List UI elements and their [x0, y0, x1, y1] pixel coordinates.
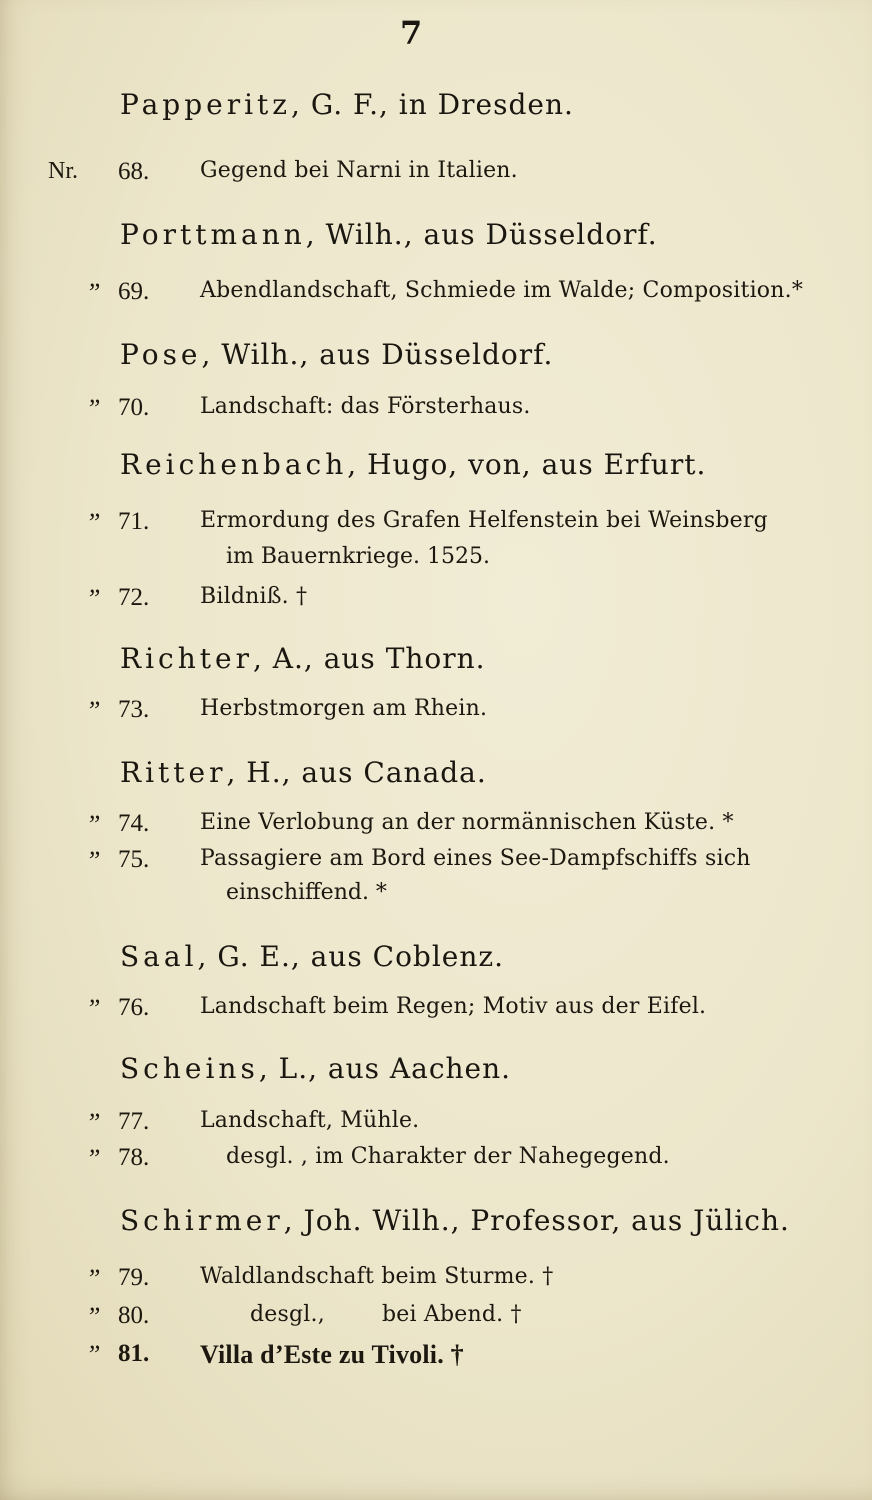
artist-name: Porttmann: [120, 218, 306, 251]
artist-details: , Hugo, von, aus Erfurt.: [347, 448, 706, 481]
entry-title: Villa d’Este zu Tivoli. †: [200, 1340, 464, 1370]
entry-title: Gegend bei Narni in Italien.: [200, 158, 518, 183]
entry-number: 68.: [118, 158, 178, 186]
catalog-entry: ” 77. Landschaft, Mühle.: [0, 1108, 872, 1142]
artist-heading: Porttmann, Wilh., aus Düsseldorf.: [120, 218, 658, 251]
artist-heading: Saal, G. E., aus Coblenz.: [120, 940, 504, 973]
entry-title-continuation: im Bauernkriege. 1525.: [226, 544, 490, 569]
artist-name: Richter: [120, 642, 253, 675]
artist-name: Scheins: [120, 1052, 259, 1085]
catalog-entry: ” 74. Eine Verlobung an der normännische…: [0, 810, 872, 844]
entry-number: 71.: [118, 508, 178, 536]
entry-title: Landschaft, Mühle.: [200, 1108, 419, 1133]
entry-number: 70.: [118, 394, 178, 422]
catalog-entry: ” 80. desgl., bei Abend. †: [0, 1302, 872, 1336]
artist-name: Schirmer: [120, 1204, 284, 1237]
artist-details: , Wilh., aus Düsseldorf.: [202, 338, 554, 371]
entry-number: 81.: [118, 1340, 178, 1368]
catalog-entry: ” 73. Herbstmorgen am Rhein.: [0, 696, 872, 730]
artist-details: , G. E., aus Coblenz.: [198, 940, 505, 973]
artist-heading: Reichenbach, Hugo, von, aus Erfurt.: [120, 448, 706, 481]
entry-title: Abendlandschaft, Schmiede im Walde; Comp…: [200, 278, 803, 303]
entry-number: 79.: [118, 1264, 178, 1292]
artist-details: , Wilh., aus Düsseldorf.: [306, 218, 658, 251]
page-number: 7: [400, 14, 422, 52]
entry-title: Passagiere am Bord eines See-Dampfschiff…: [200, 846, 751, 871]
entry-title: desgl.,: [250, 1302, 325, 1327]
artist-heading: Ritter, H., aus Canada.: [120, 756, 487, 789]
catalog-entry: ” 78. desgl. , im Charakter der Nahegege…: [0, 1144, 872, 1178]
catalog-entry: ” 79. Waldlandschaft beim Sturme. †: [0, 1264, 872, 1298]
entry-title: Bildniß. †: [200, 584, 307, 609]
entry-number: 77.: [118, 1108, 178, 1136]
artist-name: Pose: [120, 338, 202, 371]
artist-details: , A., aus Thorn.: [253, 642, 486, 675]
artist-heading: Richter, A., aus Thorn.: [120, 642, 486, 675]
artist-details: , G. F., in Dresden.: [291, 88, 574, 121]
entry-number: 69.: [118, 278, 178, 306]
entry-title: Herbstmorgen am Rhein.: [200, 696, 487, 721]
artist-details: , L., aus Aachen.: [259, 1052, 511, 1085]
entry-title: Landschaft: das Försterhaus.: [200, 394, 531, 419]
catalog-entry: ” 69. Abendlandschaft, Schmiede im Walde…: [0, 278, 872, 312]
entry-number: 74.: [118, 810, 178, 838]
catalog-entry: ” 76. Landschaft beim Regen; Motiv aus d…: [0, 994, 872, 1028]
artist-name: Papperitz: [120, 88, 291, 121]
entry-title-continuation: einschiffend. *: [226, 880, 387, 905]
entry-title: Eine Verlobung an der normännischen Küst…: [200, 810, 734, 835]
entry-title: desgl. , im Charakter der Nahegegend.: [226, 1144, 670, 1169]
artist-name: Saal: [120, 940, 198, 973]
artist-name: Ritter: [120, 756, 227, 789]
catalog-entry: ” 75. Passagiere am Bord eines See-Dampf…: [0, 846, 872, 880]
artist-heading: Scheins, L., aus Aachen.: [120, 1052, 511, 1085]
entry-title: Waldlandschaft beim Sturme. †: [200, 1264, 553, 1289]
scanned-page: 7 Papperitz, G. F., in Dresden. Nr. 68. …: [0, 0, 872, 1500]
catalog-entry: Nr. 68. Gegend bei Narni in Italien.: [0, 158, 872, 192]
catalog-entry: ” 72. Bildniß. †: [0, 584, 872, 618]
artist-name: Reichenbach: [120, 448, 347, 481]
entry-prefix: Nr.: [48, 158, 108, 185]
entry-title: Landschaft beim Regen; Motiv aus der Eif…: [200, 994, 706, 1019]
entry-number: 72.: [118, 584, 178, 612]
catalog-entry: ” 70. Landschaft: das Försterhaus.: [0, 394, 872, 428]
artist-heading: Pose, Wilh., aus Düsseldorf.: [120, 338, 553, 371]
entry-number: 80.: [118, 1302, 178, 1330]
catalog-entry: ” 71. Ermordung des Grafen Helfenstein b…: [0, 508, 872, 542]
entry-number: 75.: [118, 846, 178, 874]
entry-number: 78.: [118, 1144, 178, 1172]
entry-title: Ermordung des Grafen Helfenstein bei Wei…: [200, 508, 768, 533]
entry-number: 76.: [118, 994, 178, 1022]
catalog-entry: ” 81. Villa d’Este zu Tivoli. †: [0, 1340, 872, 1374]
entry-number: 73.: [118, 696, 178, 724]
entry-title-suffix: bei Abend. †: [382, 1302, 522, 1327]
artist-details: , H., aus Canada.: [227, 756, 487, 789]
artist-details: , Joh. Wilh., Professor, aus Jülich.: [284, 1204, 790, 1237]
artist-heading: Papperitz, G. F., in Dresden.: [120, 88, 574, 121]
artist-heading: Schirmer, Joh. Wilh., Professor, aus Jül…: [120, 1204, 790, 1237]
